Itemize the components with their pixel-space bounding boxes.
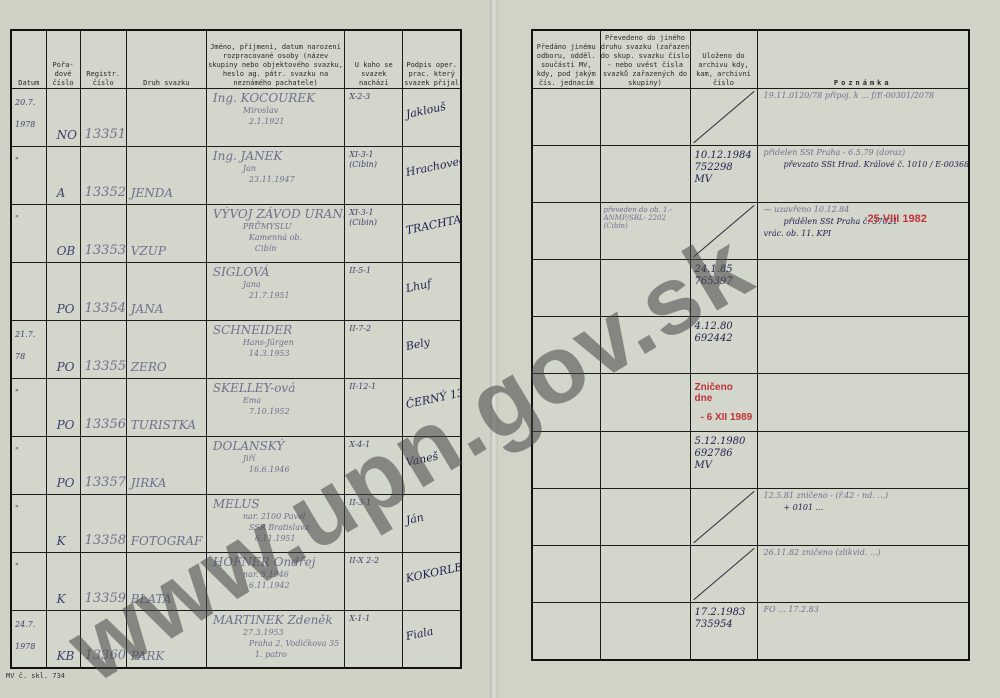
cell-registr-cislo-text: 13355 xyxy=(81,360,126,378)
cell-podpis: KOKORLEK Rů xyxy=(403,552,461,610)
header-jmeno: Jméno, příjmení, datum narození rozpraco… xyxy=(206,30,344,88)
cell-u-koho: II-3-1 xyxy=(345,494,403,552)
cell-registr-cislo-text: 13357 xyxy=(81,476,126,494)
cell-ulozeno xyxy=(690,489,757,546)
cell-druh-svazku-text: BLATA xyxy=(127,592,206,610)
cell-datum: " xyxy=(11,378,46,436)
cell-predano xyxy=(532,603,600,660)
poznamka-line: převzato SSt Hrad. Králové č. 1010 / E-0… xyxy=(758,158,969,170)
cell-prevedeno xyxy=(600,432,690,489)
cell-jmeno: SIGLOVÁJana21.7.1951 xyxy=(206,262,344,320)
cell-poznamka xyxy=(757,259,969,316)
table-row: 19.11.0120/78 připoj. k ... f/E-00301/20… xyxy=(532,88,969,145)
destroyed-stamp-label: Zničeno dne xyxy=(695,382,753,404)
cell-ulozeno: 24.1.85 765397 xyxy=(690,259,757,316)
cell-registr-cislo: 13357 xyxy=(80,436,126,494)
cell-podpis: Fiala xyxy=(403,610,461,668)
table-row: "K13359BLATAHOFNER Ondřejnar. 5.19466.11… xyxy=(11,552,461,610)
cell-u-koho-text: XI-3-1 (Cibin) xyxy=(345,205,402,231)
cell-druh-svazku: FOTOGRAF xyxy=(126,494,206,552)
cell-jmeno: MARTINEK Zdeněk27.3.1953Praha 2, Vodičko… xyxy=(206,610,344,668)
cell-datum xyxy=(11,262,46,320)
jmeno-line: Jan xyxy=(207,164,344,174)
cell-poradove-cislo: K xyxy=(46,552,80,610)
cell-registr-cislo: 13352 xyxy=(80,146,126,204)
table-row: 24.7. 1978KB13360PARKMARTINEK Zdeněk27.3… xyxy=(11,610,461,668)
jmeno-line: Ing. KOCOUREK xyxy=(207,91,344,105)
table-row: "OB13353VZUPVÝVOJ ZÁVOD URAN.PRŮMYSLUKam… xyxy=(11,204,461,262)
cell-podpis: Lhuf xyxy=(403,262,461,320)
ulozeno-text: 5.12.1980 692786 MV xyxy=(691,432,757,476)
cell-datum: " xyxy=(11,552,46,610)
cell-druh-svazku-text: ZERO xyxy=(127,360,206,378)
jmeno-line: 6.11.1942 xyxy=(207,581,344,591)
cell-jmeno: MELUSnar. 2100 PavelSSR Bratislava6.11.1… xyxy=(206,494,344,552)
cell-poradove-cislo-text: K xyxy=(47,534,80,552)
cell-u-koho-text: X-1-1 xyxy=(345,611,402,627)
cell-registr-cislo: 13358 xyxy=(80,494,126,552)
table-row: 5.12.1980 692786 MV xyxy=(532,432,969,489)
jmeno-line: Jana xyxy=(207,280,344,290)
jmeno-line: Cibín xyxy=(207,244,344,254)
destroyed-stamp-date: - 6 XII 1989 xyxy=(695,412,753,423)
cell-druh-svazku-text: JENDA xyxy=(127,186,206,204)
cell-poradove-cislo: K xyxy=(46,494,80,552)
cell-poradove-cislo-text: NO xyxy=(47,128,80,146)
cell-podpis: ČERNÝ 13.8. xyxy=(403,378,461,436)
jmeno-line: 16.6.1946 xyxy=(207,465,344,475)
cell-poradove-cislo-text: PO xyxy=(47,418,80,436)
header-poznamka: Poznámka xyxy=(757,30,969,88)
cell-prevedeno xyxy=(600,546,690,603)
header-u-koho: U koho se svazek nachází xyxy=(345,30,403,88)
header-datum: Datum xyxy=(11,30,46,88)
cell-druh-svazku-text: JIRKA xyxy=(127,476,206,494)
cell-datum-text: " xyxy=(12,147,46,175)
jmeno-line: Hans-Jürgen xyxy=(207,338,344,348)
cell-druh-svazku: BLATA xyxy=(126,552,206,610)
cell-poznamka xyxy=(757,373,969,431)
cell-u-koho-text: II-7-2 xyxy=(345,321,402,337)
cell-poradove-cislo-text: PO xyxy=(47,360,80,378)
diagonal-strike xyxy=(691,489,757,545)
jmeno-line: Ema xyxy=(207,396,344,406)
right-register-table: Předáno jinému odboru, odděl. součásti M… xyxy=(531,29,970,661)
table-row: 26.11.82 zničeno (zlikvid. ...) xyxy=(532,546,969,603)
table-row: "A13352JENDAIng. JANEKJan23.11.1947XI-3-… xyxy=(11,146,461,204)
cell-u-koho: II-5-1 xyxy=(345,262,403,320)
cell-poznamka: 26.11.82 zničeno (zlikvid. ...) xyxy=(757,546,969,603)
table-row: 21.7. 78PO13355ZEROSCHNEIDERHans-Jürgen1… xyxy=(11,320,461,378)
jmeno-line: 27.3.1953 xyxy=(207,628,344,638)
jmeno-line: DOLANSKÝ xyxy=(207,439,344,453)
cell-registr-cislo: 13351 xyxy=(80,88,126,146)
left-register-table: Datum Pořa-dové číslo Registr. číslo Dru… xyxy=(10,29,462,669)
table-row: 12.5.81 zničeno - (ř.42 - nd. ...)+ 0101… xyxy=(532,489,969,546)
cell-registr-cislo-text: 13352 xyxy=(81,186,126,204)
jmeno-line: HOFNER Ondřej xyxy=(207,555,344,569)
cell-predano xyxy=(532,145,600,202)
cell-poradove-cislo: PO xyxy=(46,436,80,494)
cell-ulozeno: 17.2.1983 735954 xyxy=(690,603,757,660)
poznamka-line: + 0101 ... xyxy=(758,501,969,513)
jmeno-line: Ing. JANEK xyxy=(207,149,344,163)
cell-podpis-text: ČERNÝ 13.8. xyxy=(403,387,461,426)
cell-jmeno: SKELLEY-ováEma7.10.1952 xyxy=(206,378,344,436)
cell-registr-cislo-text: 13354 xyxy=(81,302,126,320)
cell-prevedeno xyxy=(600,316,690,373)
cell-poradove-cislo: NO xyxy=(46,88,80,146)
cell-registr-cislo-text: 13359 xyxy=(81,592,126,610)
jmeno-line: VÝVOJ ZÁVOD URAN. xyxy=(207,207,344,221)
cell-poznamka xyxy=(757,432,969,489)
cell-registr-cislo-text: 13358 xyxy=(81,534,126,552)
cell-jmeno: Ing. JANEKJan23.11.1947 xyxy=(206,146,344,204)
table-row: 4.12.80 692442 xyxy=(532,316,969,373)
cell-jmeno: VÝVOJ ZÁVOD URAN.PRŮMYSLUKamenná ob.Cibí… xyxy=(206,204,344,262)
cell-predano xyxy=(532,259,600,316)
cell-predano xyxy=(532,202,600,259)
jmeno-line: Praha 2, Vodičkova 35 xyxy=(207,639,344,649)
cell-poznamka: 19.11.0120/78 připoj. k ... f/E-00301/20… xyxy=(757,88,969,145)
jmeno-line: Jiří xyxy=(207,454,344,464)
cell-podpis: Bely xyxy=(403,320,461,378)
cell-u-koho-text: II-5-1 xyxy=(345,263,402,279)
cell-datum-text: " xyxy=(12,437,46,465)
cell-poznamka xyxy=(757,316,969,373)
poznamka-line: vrác. ob. 11. KPI xyxy=(758,227,969,239)
cell-poradove-cislo-text: PO xyxy=(47,476,80,494)
cell-podpis: Ján xyxy=(403,494,461,552)
cell-druh-svazku: ZERO xyxy=(126,320,206,378)
diagonal-strike xyxy=(691,546,757,602)
jmeno-line: SSR Bratislava xyxy=(207,523,344,533)
cell-datum: " xyxy=(11,204,46,262)
cell-registr-cislo: 13360 xyxy=(80,610,126,668)
cell-druh-svazku-text: FOTOGRAF xyxy=(127,534,206,552)
table-row: "PO13356TURISTKASKELLEY-ováEma7.10.1952I… xyxy=(11,378,461,436)
cell-druh-svazku-text xyxy=(127,142,206,146)
cell-poradove-cislo: PO xyxy=(46,320,80,378)
cell-poradove-cislo-text: OB xyxy=(47,244,80,262)
cell-poradove-cislo: PO xyxy=(46,262,80,320)
cell-poradove-cislo: PO xyxy=(46,378,80,436)
cell-jmeno: Ing. KOCOUREKMiroslav2.1.1921 xyxy=(206,88,344,146)
cell-podpis-text: Fiala xyxy=(403,619,461,658)
cell-registr-cislo-text: 13356 xyxy=(81,418,126,436)
cell-u-koho: X-1-1 xyxy=(345,610,403,668)
cell-u-koho: XI-3-1 (Cibin) xyxy=(345,204,403,262)
cell-podpis: Jaklouš xyxy=(403,88,461,146)
poznamka-line: 26.11.82 zničeno (zlikvid. ...) xyxy=(758,546,969,558)
jmeno-line: 23.11.1947 xyxy=(207,175,344,185)
jmeno-line: SKELLEY-ová xyxy=(207,381,344,395)
cell-druh-svazku: JIRKA xyxy=(126,436,206,494)
cell-u-koho-text: XI-3-1 (Cibin) xyxy=(345,147,402,173)
cell-poradove-cislo: A xyxy=(46,146,80,204)
cell-poznamka: FO ... 17.2.83 xyxy=(757,603,969,660)
ulozeno-text: 24.1.85 765397 xyxy=(691,260,757,292)
cell-registr-cislo: 13353 xyxy=(80,204,126,262)
cell-predano xyxy=(532,88,600,145)
date-stamp: 25 VIII 1982 xyxy=(868,213,927,225)
cell-registr-cislo-text: 13351 xyxy=(81,128,126,146)
cell-druh-svazku: TURISTKA xyxy=(126,378,206,436)
poznamka-line: 19.11.0120/78 připoj. k ... f/E-00301/20… xyxy=(758,89,969,101)
cell-prevedeno: převeden do ob. 1.-ANMP/SBL- 2202 (Cibín… xyxy=(600,202,690,259)
cell-registr-cislo: 13356 xyxy=(80,378,126,436)
ulozeno-text: 4.12.80 692442 xyxy=(691,317,757,349)
cell-datum-text xyxy=(12,263,46,269)
cell-ulozeno: Zničeno dne- 6 XII 1989 xyxy=(690,373,757,431)
cell-podpis-text: Vaneš xyxy=(403,445,461,484)
header-ulozeno: Uloženo do archivu kdy, kam, archivní čí… xyxy=(690,30,757,88)
cell-prevedeno xyxy=(600,88,690,145)
diagonal-strike xyxy=(691,203,757,259)
cell-u-koho: II-X 2-2 xyxy=(345,552,403,610)
jmeno-line: 7.10.1952 xyxy=(207,407,344,417)
cell-druh-svazku-text: VZUP xyxy=(127,244,206,262)
cell-podpis: TRACHTA xyxy=(403,204,461,262)
cell-poznamka: 12.5.81 zničeno - (ř.42 - nd. ...)+ 0101… xyxy=(757,489,969,546)
cell-jmeno: HOFNER Ondřejnar. 5.19466.11.1942 xyxy=(206,552,344,610)
cell-u-koho-text: II-X 2-2 xyxy=(345,553,402,569)
cell-poradove-cislo-text: KB xyxy=(47,649,80,667)
cell-datum: 20.7. 1978 xyxy=(11,88,46,146)
table-row: "PO13357JIRKADOLANSKÝJiří16.6.1946X-4-1V… xyxy=(11,436,461,494)
header-prevedeno: Převedeno do jiného druhu svazku (zařaze… xyxy=(600,30,690,88)
cell-datum-text: " xyxy=(12,553,46,581)
cell-poradove-cislo: KB xyxy=(46,610,80,668)
cell-podpis-text: Hrachovec xyxy=(403,155,461,194)
cell-druh-svazku-text: JANA xyxy=(127,302,206,320)
cell-u-koho: II-12-1 xyxy=(345,378,403,436)
cell-podpis: Vaneš xyxy=(403,436,461,494)
cell-predano xyxy=(532,373,600,431)
cell-podpis: Hrachovec xyxy=(403,146,461,204)
cell-poznamka: přidelen SSt Praha - 6.5.79 (doraz)převz… xyxy=(757,145,969,202)
poznamka-line: 12.5.81 zničeno - (ř.42 - nd. ...) xyxy=(758,489,969,501)
ulozeno-text: 10.12.1984 752298 MV xyxy=(691,146,757,190)
jmeno-line: nar. 2100 Pavel xyxy=(207,512,344,522)
header-podpis: Podpis oper. prac. který svazek přijal xyxy=(403,30,461,88)
diagonal-strike xyxy=(691,89,757,145)
jmeno-line: SCHNEIDER xyxy=(207,323,344,337)
cell-poradove-cislo-text: K xyxy=(47,592,80,610)
cell-u-koho: XI-3-1 (Cibin) xyxy=(345,146,403,204)
cell-datum-text: " xyxy=(12,379,46,407)
jmeno-line: 14.3.1953 xyxy=(207,349,344,359)
header-predano: Předáno jinému odboru, odděl. součásti M… xyxy=(532,30,600,88)
cell-registr-cislo: 13354 xyxy=(80,262,126,320)
cell-u-koho-text: II-3-1 xyxy=(345,495,402,511)
cell-podpis-text: Lhuf xyxy=(403,271,461,310)
cell-datum: 24.7. 1978 xyxy=(11,610,46,668)
cell-datum: " xyxy=(11,146,46,204)
prevedeno-text: převeden do ob. 1.-ANMP/SBL- 2202 (Cibín… xyxy=(601,203,690,233)
cell-u-koho-text: X-2-3 xyxy=(345,89,402,105)
form-code: MV č. skl. 734 xyxy=(6,672,65,680)
cell-prevedeno xyxy=(600,259,690,316)
cell-druh-svazku xyxy=(126,88,206,146)
cell-poradove-cislo: OB xyxy=(46,204,80,262)
cell-podpis-text: Bely xyxy=(403,329,461,368)
table-row: Zničeno dne- 6 XII 1989 xyxy=(532,373,969,431)
cell-predano xyxy=(532,546,600,603)
cell-datum-text: " xyxy=(12,205,46,233)
cell-u-koho: X-4-1 xyxy=(345,436,403,494)
cell-druh-svazku: PARK xyxy=(126,610,206,668)
cell-druh-svazku: VZUP xyxy=(126,204,206,262)
cell-predano xyxy=(532,316,600,373)
jmeno-line: 2.1.1921 xyxy=(207,117,344,127)
cell-ulozeno xyxy=(690,202,757,259)
cell-druh-svazku-text: PARK xyxy=(127,649,206,667)
cell-podpis-text: Ján xyxy=(403,503,461,542)
cell-u-koho-text: II-12-1 xyxy=(345,379,402,395)
cell-u-koho: X-2-3 xyxy=(345,88,403,146)
cell-registr-cislo-text: 13360 xyxy=(81,649,126,667)
table-row: 20.7. 1978NO13351Ing. KOCOUREKMiroslav2.… xyxy=(11,88,461,146)
poznamka-line: přidelen SSt Praha - 6.5.79 (doraz) xyxy=(758,146,969,158)
cell-poznamka: — uzavřeno 10.12.84přidělen SSt Praha č.… xyxy=(757,202,969,259)
jmeno-line: 21.7.1951 xyxy=(207,291,344,301)
cell-ulozeno xyxy=(690,546,757,603)
cell-datum: " xyxy=(11,436,46,494)
header-druh-svazku: Druh svazku xyxy=(126,30,206,88)
cell-prevedeno xyxy=(600,373,690,431)
cell-druh-svazku: JENDA xyxy=(126,146,206,204)
jmeno-line: Miroslav xyxy=(207,106,344,116)
cell-jmeno: SCHNEIDERHans-Jürgen14.3.1953 xyxy=(206,320,344,378)
cell-podpis-text: KOKORLEK Rů xyxy=(403,561,461,600)
cell-datum-text: 20.7. 1978 xyxy=(12,89,46,139)
cell-ulozeno xyxy=(690,88,757,145)
cell-datum-text: " xyxy=(12,495,46,523)
jmeno-line: MELUS xyxy=(207,497,344,511)
jmeno-line: nar. 5.1946 xyxy=(207,570,344,580)
header-row: Předáno jinému odboru, odděl. součásti M… xyxy=(532,30,969,88)
header-row: Datum Pořa-dové číslo Registr. číslo Dru… xyxy=(11,30,461,88)
poznamka-line: FO ... 17.2.83 xyxy=(758,603,969,615)
cell-registr-cislo-text: 13353 xyxy=(81,244,126,262)
destroyed-stamp: Zničeno dne- 6 XII 1989 xyxy=(691,374,757,431)
cell-predano xyxy=(532,432,600,489)
cell-u-koho: II-7-2 xyxy=(345,320,403,378)
cell-poradove-cislo-text: PO xyxy=(47,302,80,320)
cell-podpis-text: Jaklouš xyxy=(403,97,461,136)
book-gutter xyxy=(490,0,498,698)
table-row: "K13358FOTOGRAFMELUSnar. 2100 PavelSSR B… xyxy=(11,494,461,552)
table-row: 10.12.1984 752298 MVpřidelen SSt Praha -… xyxy=(532,145,969,202)
jmeno-line: 1. patro xyxy=(207,650,344,660)
table-row: PO13354JANASIGLOVÁJana21.7.1951II-5-1Lhu… xyxy=(11,262,461,320)
cell-datum-text: 24.7. 1978 xyxy=(12,611,46,661)
poznamka-line: — uzavřeno 10.12.84 xyxy=(758,203,969,215)
jmeno-line: PRŮMYSLU xyxy=(207,222,344,232)
cell-datum: " xyxy=(11,494,46,552)
ulozeno-text: 17.2.1983 735954 xyxy=(691,603,757,635)
cell-prevedeno xyxy=(600,489,690,546)
cell-jmeno: DOLANSKÝJiří16.6.1946 xyxy=(206,436,344,494)
cell-u-koho-text: X-4-1 xyxy=(345,437,402,453)
table-row: 17.2.1983 735954FO ... 17.2.83 xyxy=(532,603,969,660)
table-row: 24.1.85 765397 xyxy=(532,259,969,316)
header-poradove-cislo: Pořa-dové číslo xyxy=(46,30,80,88)
table-row: převeden do ob. 1.-ANMP/SBL- 2202 (Cibín… xyxy=(532,202,969,259)
cell-ulozeno: 4.12.80 692442 xyxy=(690,316,757,373)
cell-ulozeno: 5.12.1980 692786 MV xyxy=(690,432,757,489)
cell-prevedeno xyxy=(600,145,690,202)
cell-predano xyxy=(532,489,600,546)
cell-prevedeno xyxy=(600,603,690,660)
jmeno-line: MARTINEK Zdeněk xyxy=(207,613,344,627)
cell-registr-cislo: 13359 xyxy=(80,552,126,610)
poznamka-line: přidělen SSt Praha č. 37021 xyxy=(758,215,969,227)
header-registr-cislo: Registr. číslo xyxy=(80,30,126,88)
cell-datum: 21.7. 78 xyxy=(11,320,46,378)
cell-poradove-cislo-text: A xyxy=(47,186,80,204)
cell-ulozeno: 10.12.1984 752298 MV xyxy=(690,145,757,202)
jmeno-line: Kamenná ob. xyxy=(207,233,344,243)
cell-druh-svazku-text: TURISTKA xyxy=(127,418,206,436)
cell-druh-svazku: JANA xyxy=(126,262,206,320)
cell-registr-cislo: 13355 xyxy=(80,320,126,378)
jmeno-line: SIGLOVÁ xyxy=(207,265,344,279)
cell-podpis-text: TRACHTA xyxy=(403,213,461,252)
cell-datum-text: 21.7. 78 xyxy=(12,321,46,371)
jmeno-line: 6.11.1951 xyxy=(207,534,344,544)
